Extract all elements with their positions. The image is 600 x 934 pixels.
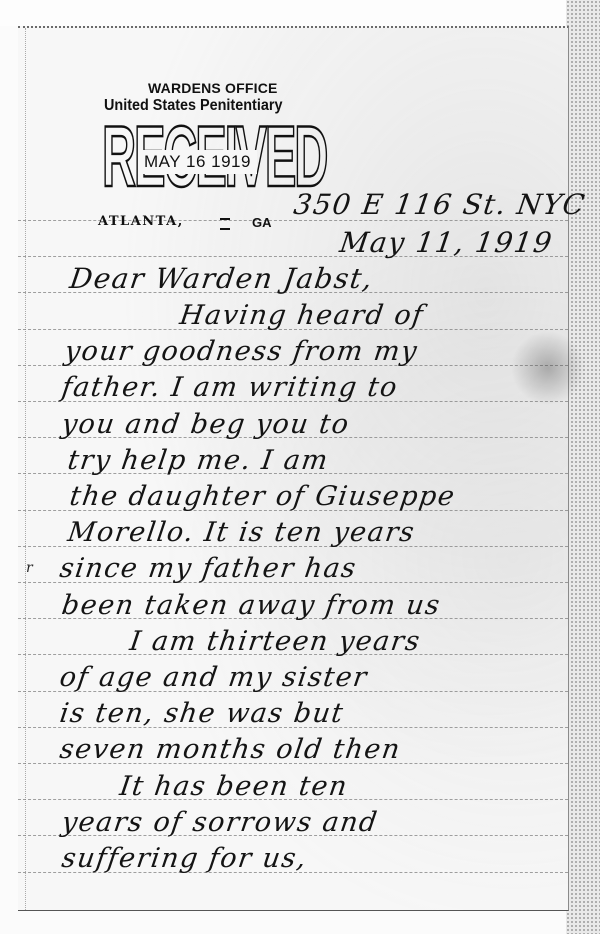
letter-line: suffering for us, <box>60 843 309 874</box>
letter-line: father. I am writing to <box>60 372 400 403</box>
letter-line: It has been ten <box>118 771 350 802</box>
stamp-date: MAY 16 1919 <box>138 150 257 174</box>
letter-line: is ten, she was but <box>58 698 346 729</box>
letter-line: you and beg you to <box>60 409 352 440</box>
margin-rule <box>25 28 26 910</box>
sender-address: 350 E 116 St. NYC <box>292 188 588 221</box>
stamp-dash <box>220 218 230 230</box>
scan-right-edge <box>566 0 600 934</box>
letter-line: Having heard of <box>178 300 426 331</box>
letter-line: try help me. I am <box>66 445 331 476</box>
letter-line: the daughter of Giuseppe <box>68 481 458 512</box>
letter-line: of age and my sister <box>58 662 370 693</box>
letter-date: May 11, 1919 <box>338 226 555 259</box>
letter-line: I am thirteen years <box>128 626 423 657</box>
stamp-office: WARDENS OFFICE <box>148 80 278 96</box>
letter-line: years of sorrows and <box>60 807 380 838</box>
margin-mark: r <box>26 560 33 576</box>
salutation: Dear Warden Jabst, <box>68 262 376 295</box>
letter-line: seven months old then <box>58 734 403 765</box>
scan-top-margin <box>0 0 600 26</box>
letter-line: Morello. It is ten years <box>66 517 417 548</box>
received-stamp: WARDENS OFFICE United States Penitentiar… <box>96 80 296 236</box>
letter-line: since my father has <box>58 553 359 584</box>
letter-line: your goodness from my <box>63 336 420 367</box>
stamp-state: GA <box>252 215 272 230</box>
stamp-city: ATLANTA, <box>98 214 184 229</box>
letter-line: been taken away from us <box>60 590 443 621</box>
